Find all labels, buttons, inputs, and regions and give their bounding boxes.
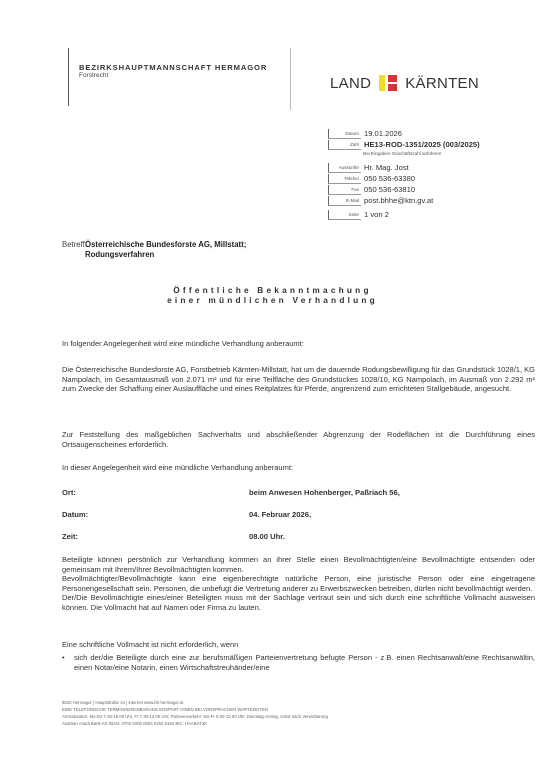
sender-department: Forstrecht xyxy=(79,72,108,79)
letter-date: 19.01.2026 xyxy=(361,129,402,138)
page-count: 1 von 2 xyxy=(361,210,389,219)
info-row-fax: Fax 050 536-63810 xyxy=(328,184,480,195)
info-row-zahl: Zahl HE13-ROD-1351/2025 (003/2025) xyxy=(328,139,480,150)
phone-number: 050 536-63380 xyxy=(361,174,415,183)
address-frame-left xyxy=(68,48,69,106)
subject-value: Österreichische Bundesforste AG, Millsta… xyxy=(85,240,246,260)
info-row-telefon: Telefon 050 536-63380 xyxy=(328,173,480,184)
logo-left-text: LAND xyxy=(330,75,371,92)
intro-paragraph: In folgender Angelegenheit wird eine mün… xyxy=(62,339,535,349)
email-address: post.bhhe@ktn.gv.at xyxy=(361,196,433,205)
power-of-attorney-paragraph: Eine schriftliche Vollmacht ist nicht er… xyxy=(62,640,535,650)
case-number: HE13-ROD-1351/2025 (003/2025) xyxy=(361,140,480,149)
hearing-scheduled-paragraph: In dieser Angelegenheit wird eine mündli… xyxy=(62,463,535,473)
info-row-seite: Seite 1 von 2 xyxy=(328,209,480,220)
case-number-note: Bei Eingaben Geschäftszahl anführen! xyxy=(328,150,480,159)
land-kaernten-logo: LAND KÄRNTEN xyxy=(330,73,479,93)
document-title: Öffentliche Bekanntmachung einer mündlic… xyxy=(0,285,545,305)
contact-person: Hr. Mag. Jost xyxy=(361,163,409,172)
info-row-email: E-Mail post.bhhe@ktn.gv.at xyxy=(328,195,480,206)
logo-right-text: KÄRNTEN xyxy=(405,75,479,92)
bullet-icon: • xyxy=(62,653,74,672)
sender-authority: BEZIRKSHAUPTMANNSCHAFT HERMAGOR xyxy=(79,63,267,72)
application-paragraph: Die Österreichische Bundesforste AG, For… xyxy=(62,365,535,394)
representation-paragraph: Beteiligte können persönlich zur Verhand… xyxy=(62,555,535,613)
letter-footer: 9620 Hermagor | Hauptstraße 44 | interne… xyxy=(62,699,482,727)
reference-info-block: Datum 19.01.2026 Zahl HE13-ROD-1351/2025… xyxy=(328,128,480,220)
info-row-datum: Datum 19.01.2026 xyxy=(328,128,480,139)
inspection-paragraph: Zur Feststellung des maßgeblichen Sachve… xyxy=(62,430,535,449)
coat-of-arms-icon xyxy=(379,75,397,91)
subject-label: Betreff: xyxy=(62,240,81,260)
list-item: • sich der/die Beteiligte durch eine zur… xyxy=(62,653,535,672)
info-row-auskunft: Auskünfte Hr. Mag. Jost xyxy=(328,162,480,173)
fax-number: 050 536-63810 xyxy=(361,185,415,194)
address-frame-right xyxy=(290,48,291,110)
subject-line: Betreff: Österreichische Bundesforste AG… xyxy=(62,240,246,260)
